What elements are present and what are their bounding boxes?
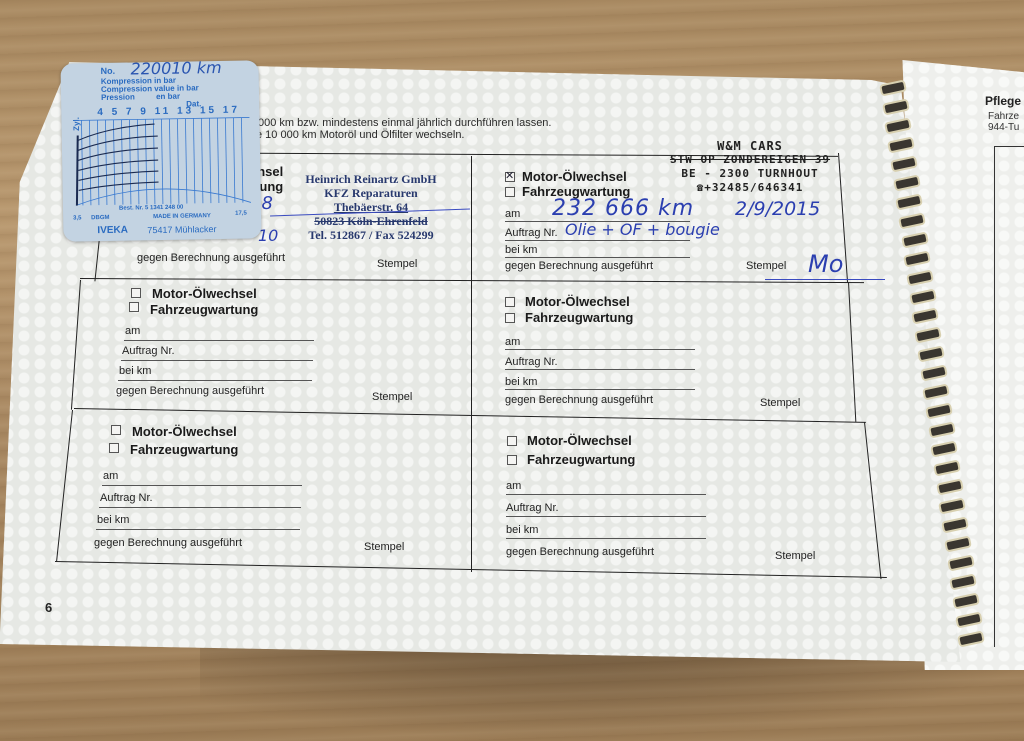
sticker-number-label: No. bbox=[101, 66, 116, 76]
entry3-order-line bbox=[121, 360, 313, 361]
entry4-km-label: bei km bbox=[505, 376, 537, 388]
entry6-oil-change-checkbox[interactable] bbox=[507, 436, 517, 446]
entry6-service-label: Fahrzeugwartung bbox=[527, 452, 635, 467]
entry6-billed-label: gegen Berechnung ausgeführt bbox=[506, 546, 654, 558]
entry6-oil-change-label: Motor-Ölwechsel bbox=[527, 433, 632, 448]
intro-line-1: 000 km bzw. mindestens einmal jährlich d… bbox=[258, 117, 551, 129]
grid-center-divider bbox=[471, 156, 472, 572]
entry5-stamp-label: Stempel bbox=[364, 541, 404, 553]
entry5-km-line bbox=[96, 529, 300, 530]
entry2-date-label: am bbox=[505, 208, 520, 220]
sticker-made-in: MADE IN GERMANY bbox=[153, 213, 211, 220]
entry6-order-line bbox=[506, 516, 706, 517]
entry6-date-label: am bbox=[506, 480, 521, 492]
sticker-order-no: Best. Nr. 5 1341 248 00 bbox=[119, 205, 183, 212]
entry6-km-label: bei km bbox=[506, 524, 538, 536]
entry2-oil-change-checkbox[interactable] bbox=[505, 172, 515, 182]
entry3-date-label: am bbox=[125, 325, 140, 337]
right-page-line: Fahrze bbox=[988, 111, 1019, 122]
right-page-form-box bbox=[994, 146, 1024, 647]
entry5-date-label: am bbox=[103, 470, 118, 482]
sticker-scale-left: 3,5 bbox=[73, 215, 81, 221]
entry6-service-checkbox[interactable] bbox=[507, 455, 517, 465]
sticker-dbgm: DBGM bbox=[91, 215, 109, 221]
stamp-line: ☎+32485/646341 bbox=[660, 181, 840, 195]
entry6-stamp-label: Stempel bbox=[775, 550, 815, 562]
entry4-date-line bbox=[505, 349, 695, 350]
entry4-billed-label: gegen Berechnung ausgeführt bbox=[505, 394, 653, 406]
sticker-brand-logo: IVEKA bbox=[97, 225, 128, 237]
entry6-km-line bbox=[506, 538, 706, 539]
entry3-oil-change-label: Motor-Ölwechsel bbox=[152, 286, 257, 301]
signature-stroke bbox=[765, 279, 885, 280]
entry5-billed-label: gegen Berechnung ausgeführt bbox=[94, 537, 242, 549]
compression-test-sticker: No. 220010 km Kompression in bar Compres… bbox=[60, 60, 261, 241]
right-page-title: Pflege bbox=[985, 94, 1021, 108]
sticker-line: Pression bbox=[101, 92, 135, 102]
entry1-billed-label: gegen Berechnung ausgeführt bbox=[137, 252, 285, 264]
entry5-km-label: bei km bbox=[97, 514, 129, 526]
stamp-line: 50823 Köln-Ehrenfeld bbox=[286, 214, 456, 228]
entry2-mileage-handwritten: 232 666 km bbox=[552, 196, 694, 221]
stamp-line: Heinrich Reinartz GmbH bbox=[286, 172, 456, 186]
stamp-line: Tel. 512867 / Fax 524299 bbox=[286, 228, 456, 242]
compression-chart-icon bbox=[69, 102, 256, 215]
entry2-order-handwritten: Olie + OF + bougie bbox=[565, 220, 720, 239]
entry5-date-line bbox=[102, 485, 302, 486]
entry3-stamp-label: Stempel bbox=[372, 391, 412, 403]
entry3-service-label: Fahrzeugwartung bbox=[150, 302, 258, 317]
workshop-stamp-wm-cars: W&M CARS STW OP ZONDEREIGEN 39 BE - 2300… bbox=[660, 139, 840, 195]
entry3-date-line bbox=[124, 340, 314, 341]
entry4-km-line bbox=[505, 389, 695, 390]
entry4-order-label: Auftrag Nr. bbox=[505, 356, 558, 368]
stamp-phone: +32485/646341 bbox=[704, 181, 803, 194]
entry6-order-label: Auftrag Nr. bbox=[506, 502, 559, 514]
entry2-order-label: Auftrag Nr. bbox=[505, 227, 558, 239]
entry4-service-label: Fahrzeugwartung bbox=[525, 310, 633, 325]
entry2-service-checkbox[interactable] bbox=[505, 187, 515, 197]
intro-line-2: e 10 000 km Motoröl und Ölfilter wechsel… bbox=[256, 129, 465, 141]
entry6-date-line bbox=[506, 494, 706, 495]
stamp-line: W&M CARS bbox=[660, 139, 840, 153]
entry2-km-line bbox=[505, 257, 690, 258]
right-page-line: 944-Tu bbox=[988, 122, 1019, 133]
sticker-city: 75417 Mühlacker bbox=[147, 224, 216, 235]
entry3-km-label: bei km bbox=[119, 365, 151, 377]
entry4-service-checkbox[interactable] bbox=[505, 313, 515, 323]
entry5-service-checkbox[interactable] bbox=[109, 443, 119, 453]
stamp-line: KFZ Reparaturen bbox=[286, 186, 456, 200]
entry5-order-line bbox=[99, 507, 301, 508]
entry2-km-label: bei km bbox=[505, 244, 537, 256]
stamp-line: BE - 2300 TURNHOUT bbox=[660, 167, 840, 181]
entry4-oil-change-label: Motor-Ölwechsel bbox=[525, 294, 630, 309]
entry3-service-checkbox[interactable] bbox=[129, 302, 139, 312]
entry2-stamp-label: Stempel bbox=[746, 260, 786, 272]
entry4-stamp-label: Stempel bbox=[760, 397, 800, 409]
entry3-billed-label: gegen Berechnung ausgeführt bbox=[116, 385, 264, 397]
entry2-order-line bbox=[505, 240, 690, 241]
entry5-oil-change-checkbox[interactable] bbox=[111, 425, 121, 435]
entry4-oil-change-checkbox[interactable] bbox=[505, 297, 515, 307]
entry5-service-label: Fahrzeugwartung bbox=[130, 442, 238, 457]
entry3-km-line bbox=[118, 380, 312, 381]
entry3-oil-change-checkbox[interactable] bbox=[131, 288, 141, 298]
page-number: 6 bbox=[45, 600, 52, 615]
entry2-date-handwritten: 2/9/2015 bbox=[735, 198, 820, 220]
sticker-line: en bar bbox=[156, 92, 180, 101]
entry4-date-label: am bbox=[505, 336, 520, 348]
entry2-signature: Mo bbox=[808, 250, 843, 278]
entry5-order-label: Auftrag Nr. bbox=[100, 492, 153, 504]
sticker-scale-right: 17,5 bbox=[235, 211, 247, 217]
entry4-order-line bbox=[505, 369, 695, 370]
entry2-oil-change-label: Motor-Ölwechsel bbox=[522, 169, 627, 184]
entry5-oil-change-label: Motor-Ölwechsel bbox=[132, 424, 237, 439]
entry3-order-label: Auftrag Nr. bbox=[122, 345, 175, 357]
entry1-stamp-label: Stempel bbox=[377, 258, 417, 270]
workshop-stamp-reinartz: Heinrich Reinartz GmbH KFZ Reparaturen T… bbox=[286, 172, 456, 242]
entry2-billed-label: gegen Berechnung ausgeführt bbox=[505, 260, 653, 272]
stamp-line: STW OP ZONDEREIGEN 39 bbox=[660, 153, 840, 167]
